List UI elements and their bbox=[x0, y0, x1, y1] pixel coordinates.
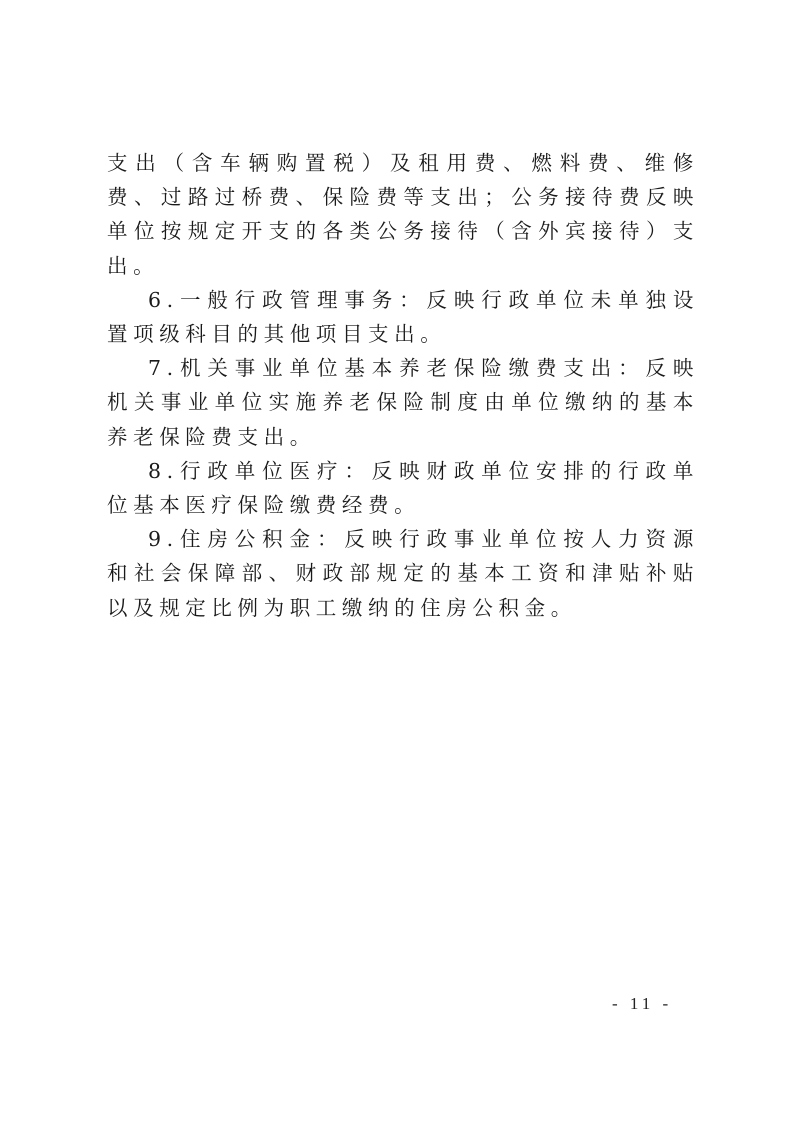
paragraph-item-6: 6.一般行政管理事务：反映行政单位未单独设置项级科目的其他项目支出。 bbox=[107, 283, 699, 351]
paragraph-continuation: 支出（含车辆购置税）及租用费、燃料费、维修费、过路过桥费、保险费等支出；公务接待… bbox=[107, 146, 699, 283]
page-number: - 11 - bbox=[612, 994, 672, 1014]
document-body: 支出（含车辆购置税）及租用费、燃料费、维修费、过路过桥费、保险费等支出；公务接待… bbox=[107, 146, 699, 625]
paragraph-item-7: 7.机关事业单位基本养老保险缴费支出：反映机关事业单位实施养老保险制度由单位缴纳… bbox=[107, 351, 699, 454]
document-page: 支出（含车辆购置税）及租用费、燃料费、维修费、过路过桥费、保险费等支出；公务接待… bbox=[0, 0, 793, 1122]
paragraph-item-8: 8.行政单位医疗：反映财政单位安排的行政单位基本医疗保险缴费经费。 bbox=[107, 454, 699, 522]
paragraph-item-9: 9.住房公积金：反映行政事业单位按人力资源和社会保障部、财政部规定的基本工资和津… bbox=[107, 522, 699, 625]
